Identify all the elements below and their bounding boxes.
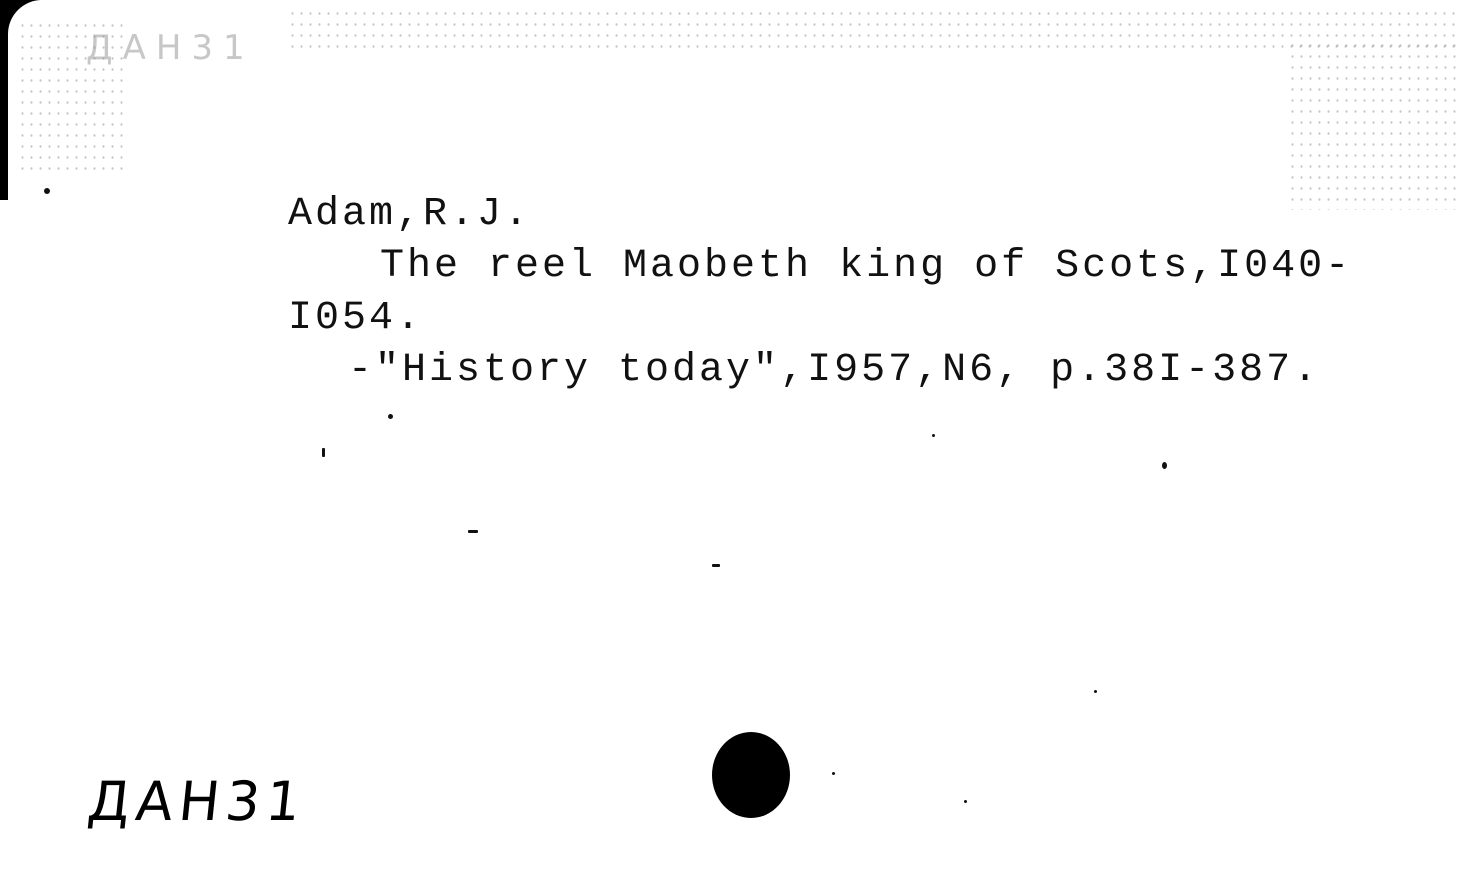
ink-speck xyxy=(468,530,478,533)
title-line: The reel Maobeth king of Scots,I040- xyxy=(380,240,1352,293)
ink-speck xyxy=(1162,462,1167,469)
punch-hole xyxy=(712,732,790,818)
catalog-card: ДАН31 Adam,R.J. The reel Maobeth king of… xyxy=(8,0,1464,888)
ink-speck xyxy=(44,188,50,194)
ink-speck xyxy=(932,434,935,437)
ink-speck xyxy=(712,564,720,567)
handwritten-shelf-mark: ДАН31 xyxy=(85,770,310,833)
faint-shelf-mark: ДАН31 xyxy=(86,28,255,68)
title-line-continued: I054. xyxy=(288,292,423,345)
ink-speck xyxy=(322,448,325,457)
scan-noise-top xyxy=(288,8,1458,48)
scan-noise-top-right xyxy=(1288,40,1458,210)
ink-speck xyxy=(388,414,393,419)
ink-speck xyxy=(1094,690,1097,693)
ink-speck xyxy=(964,800,967,803)
ink-speck xyxy=(832,772,835,775)
author-heading: Adam,R.J. xyxy=(288,188,531,241)
journal-citation: -"History today",I957,N6, p.38I-387. xyxy=(348,344,1320,397)
